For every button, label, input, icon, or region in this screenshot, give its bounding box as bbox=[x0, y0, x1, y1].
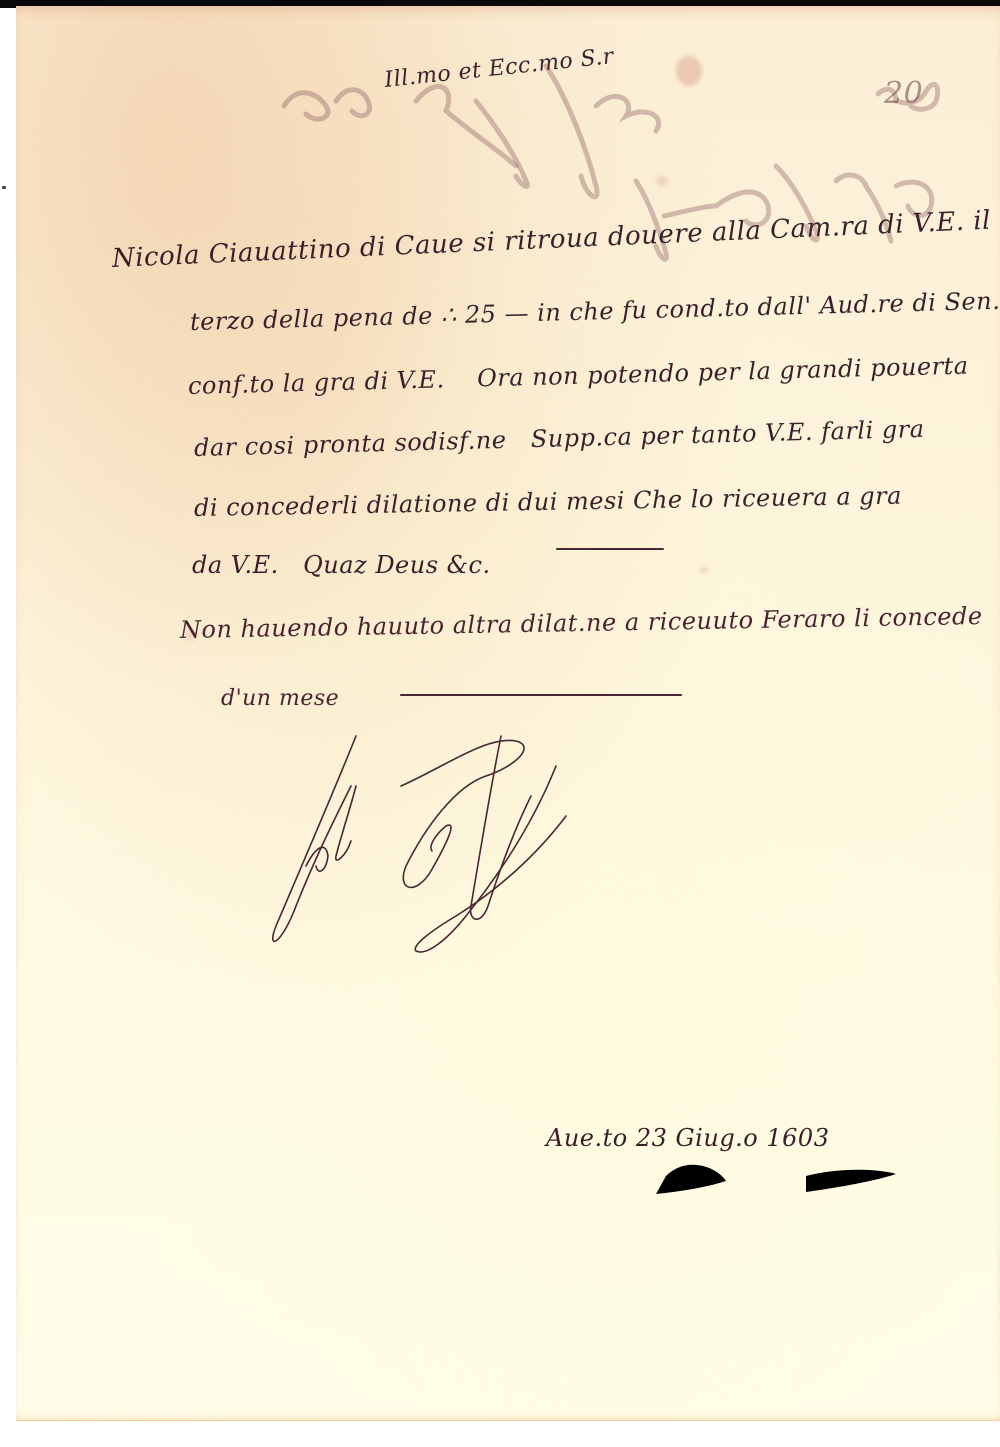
rescript-underline bbox=[400, 694, 682, 696]
signature bbox=[256, 706, 636, 976]
manuscript-scan: Ill.mo et Ecc.mo S.r 20 Nicola Ciauattin… bbox=[0, 0, 1000, 1447]
folio-number: 20 bbox=[884, 76, 923, 111]
scan-edge-mark bbox=[2, 186, 6, 189]
body-line-4: dar cosi pronta sodisf.ne Supp.ca per ta… bbox=[194, 415, 925, 462]
body-line-3: conf.to la gra di V.E. Ora non potendo p… bbox=[188, 352, 969, 400]
date-flourish-icon bbox=[536, 1126, 936, 1206]
paper-sheet: Ill.mo et Ecc.mo S.r 20 Nicola Ciauattin… bbox=[16, 6, 1000, 1421]
body-line-6: da V.E. Quaz Deus &c. bbox=[192, 551, 491, 579]
body-line-5: di concederli dilatione di dui mesi Che … bbox=[194, 482, 902, 522]
foxing-spot bbox=[700, 566, 708, 574]
closing-flourish-line bbox=[556, 548, 664, 550]
signature-flourish-icon bbox=[256, 706, 636, 976]
rescript-line-1: Non hauendo hauuto altra dilat.ne a rice… bbox=[180, 602, 983, 644]
